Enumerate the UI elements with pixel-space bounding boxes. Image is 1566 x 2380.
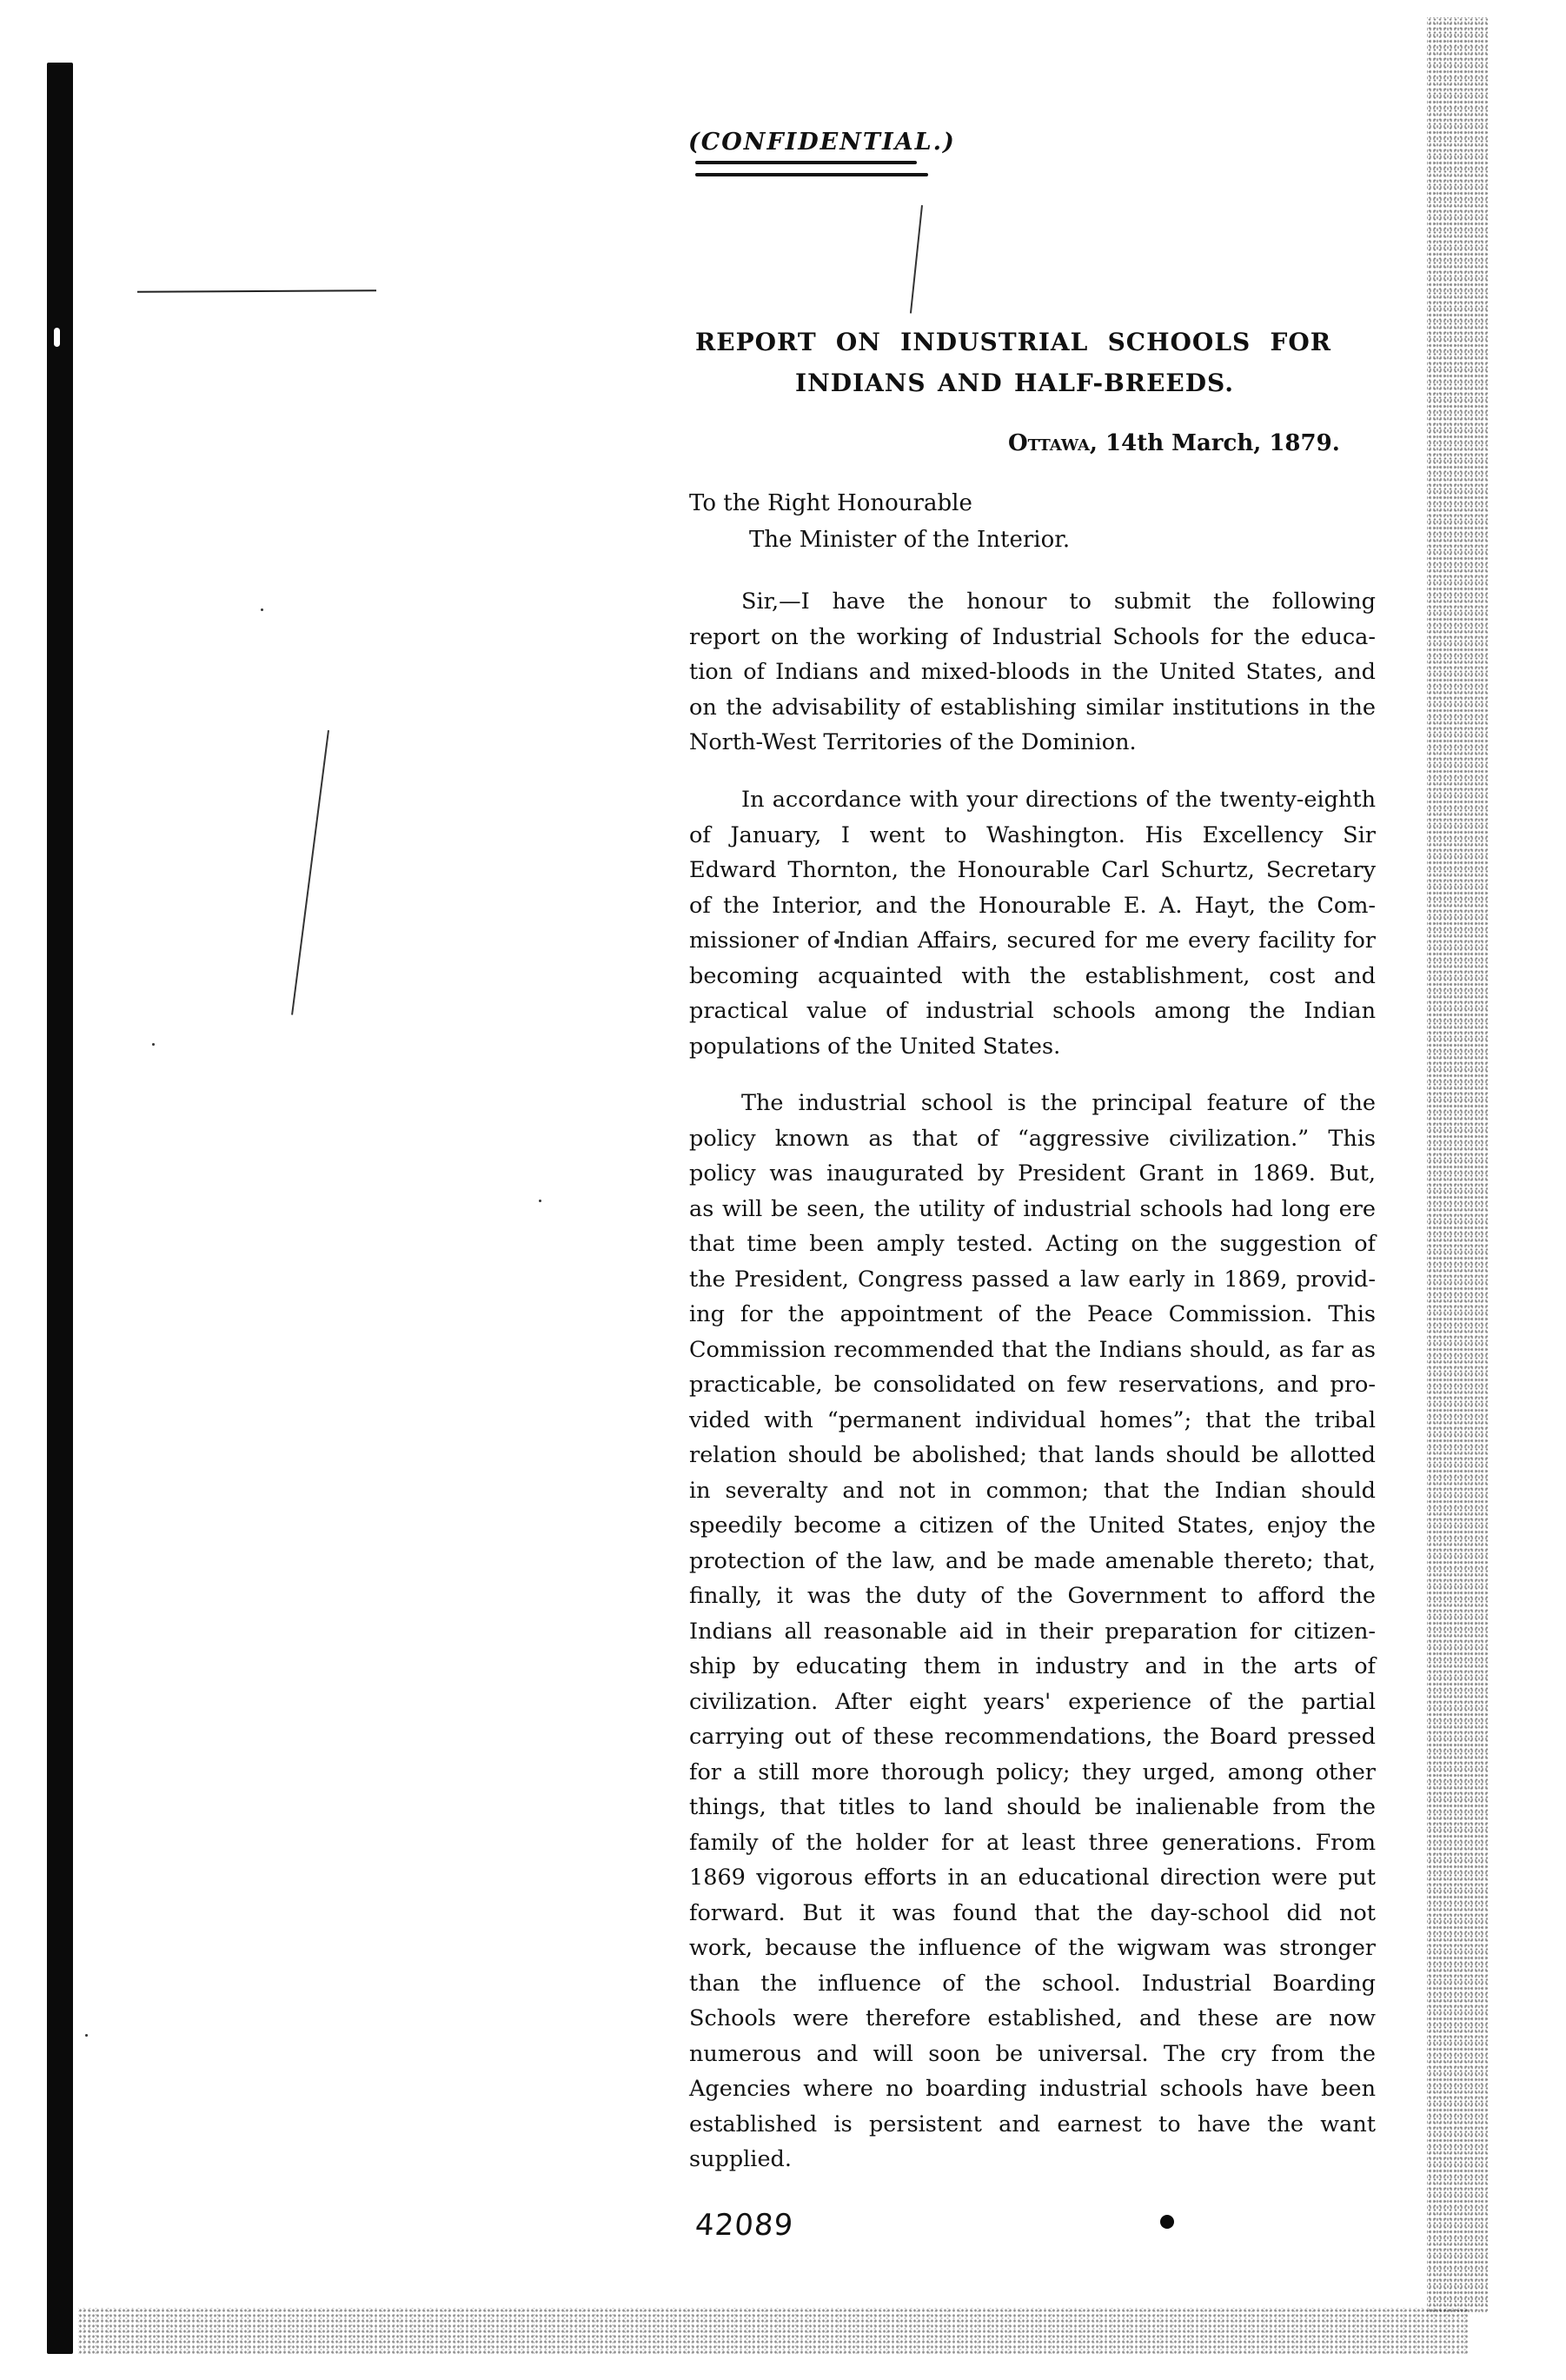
ink-blot (1160, 2215, 1174, 2229)
text-line: the President, Congress passed a law ear… (689, 1262, 1376, 1298)
text-line: forward. But it was found that the day-s… (689, 1896, 1376, 1931)
text-line: Indians all reasonable aid in their prep… (689, 1614, 1376, 1650)
text-line: finally, it was the duty of the Governme… (689, 1579, 1376, 1614)
scan-speck (834, 939, 839, 944)
text-line: on the advisability of establishing simi… (689, 690, 1376, 726)
scan-noise-bottom-edge (78, 2308, 1469, 2356)
text-line: Commission recommended that the Indians … (689, 1333, 1376, 1368)
text-line: The industrial school is the principal f… (689, 1086, 1376, 1121)
text-line: practicable, be consolidated on few rese… (689, 1367, 1376, 1403)
scan-speck (85, 2034, 88, 2037)
stray-margin-line (137, 289, 376, 292)
scan-speck (539, 1200, 541, 1202)
text-line: in severalty and not in common; that the… (689, 1473, 1376, 1509)
text-line: numerous and will soon be universal. The… (689, 2037, 1376, 2072)
text-line: vided with “permanent individual homes”;… (689, 1403, 1376, 1439)
text-line: ing for the appointment of the Peace Com… (689, 1297, 1376, 1333)
text-line: relation should be abolished; that lands… (689, 1438, 1376, 1473)
text-line: work, because the influence of the wigwa… (689, 1931, 1376, 1966)
classification-underline-1 (695, 161, 917, 164)
text-line: Sir,—I have the honour to submit the fol… (689, 584, 1376, 620)
stray-pen-mark-header (910, 205, 923, 313)
text-line: In accordance with your directions of th… (689, 782, 1376, 818)
scan-noise-right-edge (1427, 17, 1488, 2312)
text-line: 1869 vigorous efforts in an educational … (689, 1860, 1376, 1896)
report-title-line-2: INDIANS AND HALF-BREEDS. (795, 369, 1234, 397)
paragraph-3: The industrial school is the principal f… (689, 1086, 1376, 2177)
text-line: that time been amply tested. Acting on t… (689, 1227, 1376, 1262)
text-line: missioner of Indian Affairs, secured for… (689, 923, 1376, 959)
scan-speck (261, 608, 263, 611)
text-line: things, that titles to land should be in… (689, 1790, 1376, 1825)
scan-speck (152, 1043, 155, 1046)
text-line: than the influence of the school. Indust… (689, 1966, 1376, 2002)
text-line: civilization. After eight years' experie… (689, 1685, 1376, 1720)
text-line: of January, I went to Washington. His Ex… (689, 818, 1376, 854)
text-line: policy was inaugurated by President Gran… (689, 1156, 1376, 1192)
text-line: speedily become a citizen of the United … (689, 1508, 1376, 1544)
dateline-place: Ottawa, (1008, 430, 1098, 456)
salutation-line-1: To the Right Honourable (689, 490, 972, 516)
classification-underline-2 (695, 173, 928, 176)
classification-label: (CONFIDENTIAL.) (688, 129, 956, 156)
text-line: tion of Indians and mixed-bloods in the … (689, 655, 1376, 690)
text-line: ship by educating them in industry and i… (689, 1649, 1376, 1685)
report-title-line-1: REPORT ON INDUSTRIAL SCHOOLS FOR (695, 328, 1331, 356)
binding-edge-shadow (47, 63, 73, 2354)
text-line: North-West Territories of the Dominion. (689, 725, 1376, 761)
scanned-document-page: (CONFIDENTIAL.) REPORT ON INDUSTRIAL SCH… (0, 0, 1566, 2380)
text-line: for a still more thorough policy; they u… (689, 1755, 1376, 1791)
text-line: practical value of industrial schools am… (689, 994, 1376, 1029)
text-line: protection of the law, and be made amena… (689, 1544, 1376, 1579)
dateline: Ottawa, 14th March, 1879. (1008, 430, 1340, 456)
paragraph-1: Sir,—I have the honour to submit the fol… (689, 584, 1376, 761)
text-line: supplied. (689, 2142, 1376, 2177)
text-line: Schools were therefore established, and … (689, 2001, 1376, 2037)
text-line: becoming acquainted with the establishme… (689, 959, 1376, 994)
dateline-date: 14th March, 1879. (1098, 430, 1340, 456)
paragraph-2: In accordance with your directions of th… (689, 782, 1376, 1064)
text-line: Edward Thornton, the Honourable Carl Sch… (689, 853, 1376, 888)
text-line: policy known as that of “aggressive civi… (689, 1121, 1376, 1157)
salutation-line-2: The Minister of the Interior. (749, 527, 1070, 553)
text-line: as will be seen, the utility of industri… (689, 1192, 1376, 1227)
text-line: established is persistent and earnest to… (689, 2107, 1376, 2143)
handwritten-reference-number: 42089 (694, 2208, 795, 2243)
text-line: Agencies where no boarding industrial sc… (689, 2071, 1376, 2107)
text-line: carrying out of these recommendations, t… (689, 1719, 1376, 1755)
text-line: report on the working of Industrial Scho… (689, 620, 1376, 655)
stray-pen-mark (291, 730, 328, 1015)
text-line: populations of the United States. (689, 1029, 1376, 1065)
text-line: of the Interior, and the Honourable E. A… (689, 888, 1376, 924)
text-line: family of the holder for at least three … (689, 1825, 1376, 1861)
